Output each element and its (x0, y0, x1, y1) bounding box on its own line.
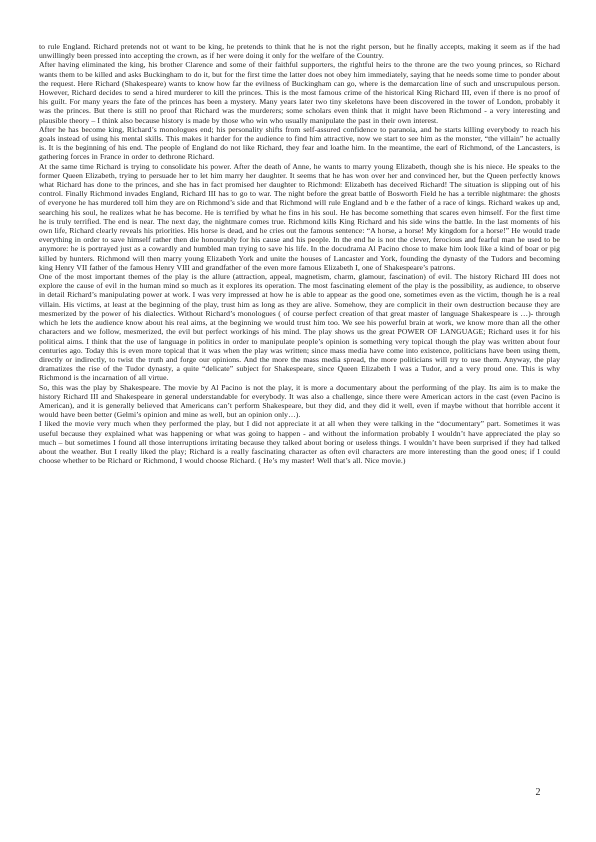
paragraph-after-king: After he has become king, Richard’s mono… (39, 125, 560, 162)
paragraph-consolidate-power: At the same time Richard is trying to co… (39, 162, 560, 272)
paragraph-pacino-documentary: So, this was the play by Shakespeare. Th… (39, 383, 560, 420)
paragraph-rule-england: to rule England. Richard pretends not ot… (39, 42, 560, 60)
paragraph-princes-murder: After having eliminated the king, his br… (39, 60, 560, 124)
document-page: to rule England. Richard pretends not ot… (0, 0, 596, 842)
paragraph-personal-opinion: I liked the movie very much when they pe… (39, 419, 560, 465)
essay-text-block: to rule England. Richard pretends not ot… (39, 42, 560, 465)
page-number: 2 (528, 787, 548, 799)
paragraph-themes-allure-of-evil: One of the most important themes of the … (39, 272, 560, 382)
